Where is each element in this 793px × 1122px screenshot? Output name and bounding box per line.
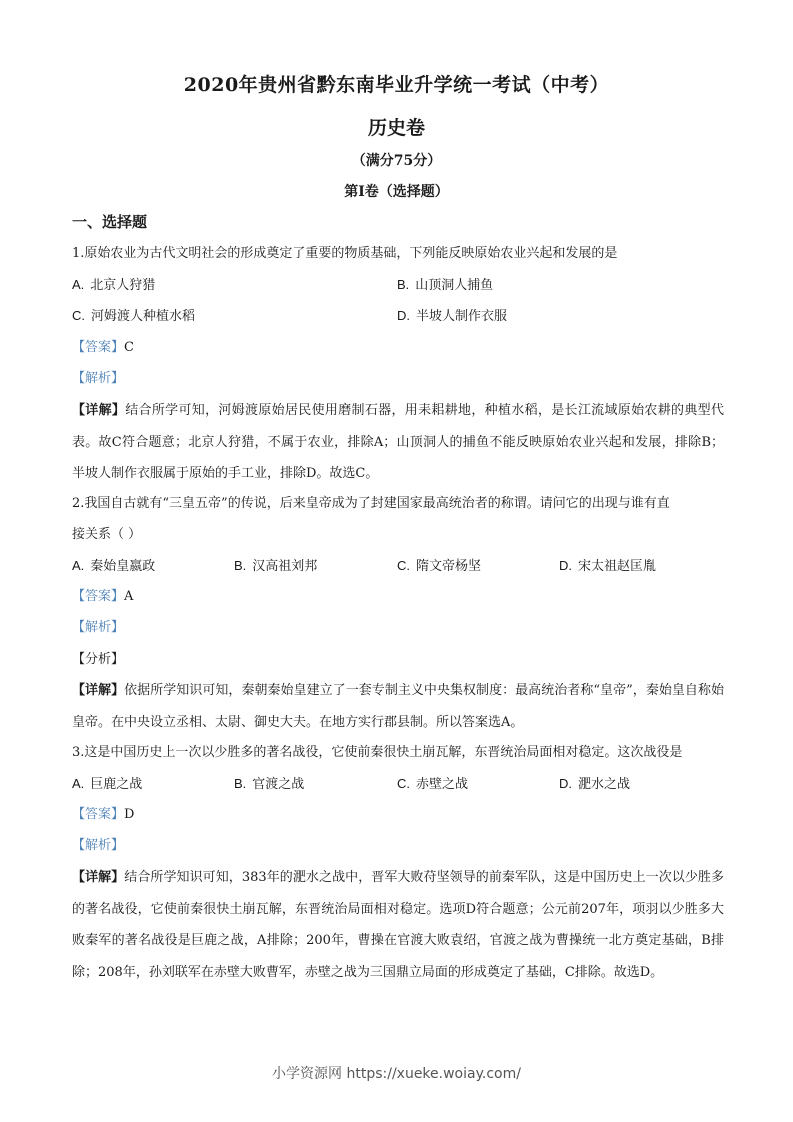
option-letter: B. bbox=[234, 776, 246, 791]
question-3-stem: 3.这是中国历史上一次以少胜多的著名战役，它使前秦很快土崩瓦解，东晋统治局面相对… bbox=[72, 743, 724, 763]
question-2-stem-line2: 接关系（ ） bbox=[72, 525, 724, 545]
option-text: 秦始皇嬴政 bbox=[90, 559, 155, 574]
option-text: 淝水之战 bbox=[578, 777, 630, 792]
detail-label: 【详解】 bbox=[72, 870, 124, 885]
document-page: 2020年贵州省黔东南毕业升学统一考试（中考） 历史卷 （满分75分） 第I卷（… bbox=[0, 0, 793, 1122]
detail-text: 结合所学可知，河姆渡原始居民使用磨制石器，用耒耜耕地，种植水稻，是长江流域原始农… bbox=[72, 403, 724, 481]
option-letter: A. bbox=[72, 776, 84, 791]
option-letter: D. bbox=[559, 558, 572, 573]
option-letter: B. bbox=[397, 277, 409, 292]
option-letter: C. bbox=[72, 308, 85, 323]
answer-label: 【答案】 bbox=[72, 807, 124, 822]
question-2-detail: 【详解】依据所学知识可知，秦朝秦始皇建立了一套专制主义中央集权制度：最高统治者称… bbox=[72, 675, 724, 738]
option-letter: D. bbox=[559, 776, 572, 791]
question-3-option-b: B.官渡之战 bbox=[234, 774, 304, 795]
option-text: 汉高祖刘邦 bbox=[252, 559, 317, 574]
answer-label: 【答案】 bbox=[72, 340, 124, 355]
option-letter: D. bbox=[397, 308, 410, 323]
option-text: 河姆渡人种植水稻 bbox=[91, 309, 195, 324]
detail-text: 结合所学知识可知，383年的淝水之战中，晋军大败苻坚领导的前秦军队，这是中国历史… bbox=[72, 870, 724, 980]
exam-part: 第I卷（选择题） bbox=[0, 181, 793, 201]
question-1-option-a: A.北京人狩猎 bbox=[72, 275, 155, 296]
option-text: 隋文帝杨坚 bbox=[416, 559, 481, 574]
exam-subject: 历史卷 bbox=[0, 113, 793, 140]
question-1-answer: 【答案】C bbox=[72, 338, 724, 358]
question-1-stem: 1.原始农业为古代文明社会的形成奠定了重要的物质基础，下列能反映原始农业兴起和发… bbox=[72, 244, 724, 264]
question-1-detail: 【详解】结合所学可知，河姆渡原始居民使用磨制石器，用耒耜耕地，种植水稻，是长江流… bbox=[72, 395, 724, 490]
option-text: 半坡人制作衣服 bbox=[416, 309, 507, 324]
option-letter: A. bbox=[72, 558, 84, 573]
answer-value: C bbox=[124, 340, 134, 355]
detail-label: 【详解】 bbox=[72, 683, 124, 698]
option-letter: B. bbox=[234, 558, 246, 573]
question-1-option-d: D.半坡人制作衣服 bbox=[397, 306, 507, 327]
answer-value: D bbox=[124, 807, 134, 822]
question-3-analysis-label: 【解析】 bbox=[72, 836, 724, 856]
question-1-option-b: B.山顶洞人捕鱼 bbox=[397, 275, 493, 296]
exam-score: （满分75分） bbox=[0, 150, 793, 170]
question-2-option-c: C.隋文帝杨坚 bbox=[397, 556, 481, 577]
question-2-answer: 【答案】A bbox=[72, 587, 724, 607]
detail-label: 【详解】 bbox=[72, 403, 125, 418]
question-2-option-a: A.秦始皇嬴政 bbox=[72, 556, 155, 577]
section-title: 一、选择题 bbox=[72, 212, 724, 232]
exam-title: 2020年贵州省黔东南毕业升学统一考试（中考） bbox=[0, 70, 793, 97]
option-text: 赤壁之战 bbox=[416, 777, 468, 792]
footer-watermark: 小学资源网 https://xueke.woiay.com/ bbox=[0, 1063, 793, 1083]
question-3-detail: 【详解】结合所学知识可知，383年的淝水之战中，晋军大败苻坚领导的前秦军队，这是… bbox=[72, 862, 724, 988]
question-2-fenxi-label: 【分析】 bbox=[72, 650, 724, 670]
question-2-option-d: D.宋太祖赵匡胤 bbox=[559, 556, 656, 577]
question-2-analysis-label: 【解析】 bbox=[72, 618, 724, 638]
question-1-analysis-label: 【解析】 bbox=[72, 369, 724, 389]
question-3-answer: 【答案】D bbox=[72, 805, 724, 825]
answer-value: A bbox=[124, 589, 133, 604]
question-3-option-d: D.淝水之战 bbox=[559, 774, 630, 795]
option-letter: C. bbox=[397, 558, 410, 573]
option-letter: A. bbox=[72, 277, 84, 292]
answer-label: 【答案】 bbox=[72, 589, 124, 604]
question-2-option-b: B.汉高祖刘邦 bbox=[234, 556, 317, 577]
option-text: 宋太祖赵匡胤 bbox=[578, 559, 656, 574]
question-2-stem-line1: 2.我国自古就有“三皇五帝”的传说，后来皇帝成为了封建国家最高统治者的称谓。请问… bbox=[72, 494, 724, 514]
option-text: 官渡之战 bbox=[252, 777, 304, 792]
option-text: 北京人狩猎 bbox=[90, 278, 155, 293]
question-3-option-a: A.巨鹿之战 bbox=[72, 774, 142, 795]
option-letter: C. bbox=[397, 776, 410, 791]
option-text: 山顶洞人捕鱼 bbox=[415, 278, 493, 293]
question-1-option-c: C.河姆渡人种植水稻 bbox=[72, 306, 195, 327]
question-3-option-c: C.赤壁之战 bbox=[397, 774, 468, 795]
detail-text: 依据所学知识可知，秦朝秦始皇建立了一套专制主义中央集权制度：最高统治者称“皇帝”… bbox=[72, 683, 724, 730]
option-text: 巨鹿之战 bbox=[90, 777, 142, 792]
